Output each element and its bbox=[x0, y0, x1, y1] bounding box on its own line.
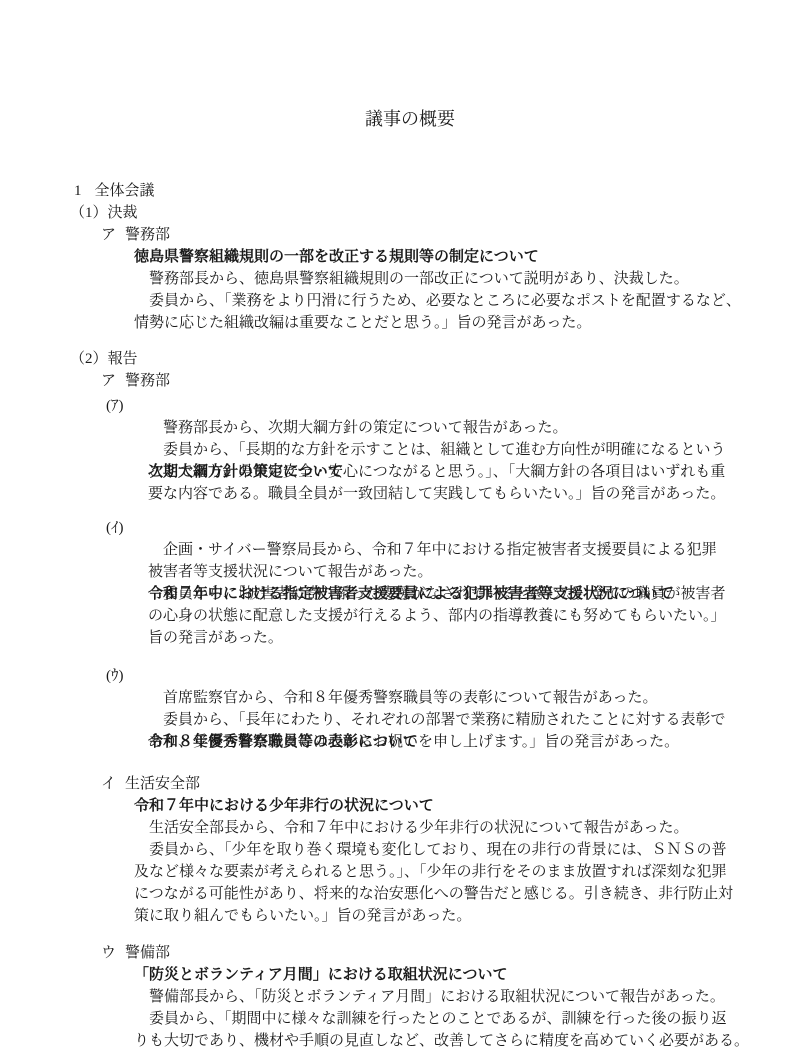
body-line: 策に取り組んでもらいたい。」旨の発言があった。 bbox=[60, 905, 780, 927]
report-item-c: (ｳ) 令和８年優秀警察職員等の表彰について 首席監察官から、令和８年優秀警察職… bbox=[60, 665, 780, 753]
report-item-b: (ｲ) 令和７年中における指定被害者支援要員による犯罪被害者等支援状況について … bbox=[60, 517, 780, 649]
subsection-label: 報告 bbox=[108, 351, 138, 367]
report-item-a: (ｱ) 次期大綱方針の策定について 警務部長から、次期大綱方針の策定について報告… bbox=[60, 395, 780, 505]
meeting-number: 1 bbox=[74, 183, 82, 199]
report-group-keibi: ウ警備部 「防災とボランティア月間」における取組状況について 警備部長から、「防… bbox=[60, 942, 780, 1052]
body-line: 警務部長から、徳島県警察組織規則の一部改正について説明があり、決裁した。 bbox=[60, 268, 780, 290]
body-line: 及など様々な要素が考えられると思う。」、「少年の非行をそのまま放置すれば深刻な犯… bbox=[60, 861, 780, 883]
dept-name: 警務部 bbox=[125, 373, 170, 389]
dept-name: 生活安全部 bbox=[125, 776, 200, 792]
dept-name: 警務部 bbox=[125, 227, 170, 243]
subsection-heading: （2）報告 bbox=[60, 348, 780, 370]
item-title: 「防災とボランティア月間」における取組状況について bbox=[60, 964, 780, 986]
item-title: 令和７年中における少年非行の状況について bbox=[60, 795, 780, 817]
dept-kana: イ bbox=[101, 776, 116, 792]
document-page: 議事の概要 1全体会議 （1）決裁 ア警務部 徳島県警察組織規則の一部を改正する… bbox=[0, 0, 800, 1060]
body-line: 委員から、「期間中に様々な訓練を行ったとのことであるが、訓練を行った後の振り返 bbox=[60, 1008, 780, 1030]
section-decision: 1全体会議 （1）決裁 ア警務部 徳島県警察組織規則の一部を改正する規則等の制定… bbox=[60, 180, 780, 334]
doc-title: 議事の概要 bbox=[20, 106, 800, 132]
body-line: 情勢に応じた組織改編は重要なことだと思う。」旨の発言があった。 bbox=[60, 312, 780, 334]
dept-heading: ア警務部 bbox=[60, 224, 780, 246]
report-group-seikatsu: イ生活安全部 令和７年中における少年非行の状況について 生活安全部長から、令和７… bbox=[60, 773, 780, 927]
subsection-label: 決裁 bbox=[108, 205, 138, 221]
item-marker: (ｱ) bbox=[106, 395, 124, 417]
body-line: 生活安全部長から、令和７年中における少年非行の状況について報告があった。 bbox=[60, 817, 780, 839]
dept-heading: ウ警備部 bbox=[60, 942, 780, 964]
dept-heading: ア警務部 bbox=[60, 370, 780, 392]
meeting-heading: 1全体会議 bbox=[60, 180, 780, 202]
subsection-number: （2） bbox=[70, 351, 108, 367]
dept-kana: ア bbox=[101, 227, 116, 243]
item-heading-row: (ｲ) 令和７年中における指定被害者支援要員による犯罪被害者等支援状況について bbox=[60, 517, 780, 539]
item-title: 次期大綱方針の策定について bbox=[60, 461, 780, 483]
item-heading-row: (ｳ) 令和８年優秀警察職員等の表彰について bbox=[60, 665, 780, 687]
item-heading-row: (ｱ) 次期大綱方針の策定について bbox=[60, 395, 780, 417]
item-title: 令和８年優秀警察職員等の表彰について bbox=[60, 731, 780, 753]
body-line: 警備部長から、「防災とボランティア月間」における取組状況について報告があった。 bbox=[60, 986, 780, 1008]
subsection-number: （1） bbox=[70, 205, 108, 221]
item-title: 令和７年中における指定被害者支援要員による犯罪被害者等支援状況について bbox=[60, 583, 780, 605]
dept-heading: イ生活安全部 bbox=[60, 773, 780, 795]
body-line: りも大切であり、機材や手順の見直しなど、改善してさらに精度を高めていく必要がある… bbox=[60, 1030, 780, 1052]
section-report: （2）報告 ア警務部 bbox=[60, 348, 780, 392]
body-line: につながる可能性があり、将来的な治安悪化への警告だと感じる。引き続き、非行防止対 bbox=[60, 883, 780, 905]
dept-kana: ア bbox=[101, 373, 116, 389]
item-title: 徳島県警察組織規則の一部を改正する規則等の制定について bbox=[60, 246, 780, 268]
meeting-label: 全体会議 bbox=[95, 183, 155, 199]
item-marker: (ｳ) bbox=[106, 665, 124, 687]
item-marker: (ｲ) bbox=[106, 517, 124, 539]
body-line: 委員から、「業務をより円滑に行うため、必要なところに必要なポストを配置するなど、 bbox=[60, 290, 780, 312]
body-line: 委員から、「少年を取り巻く環境も変化しており、現在の非行の背景には、ＳＮＳの普 bbox=[60, 839, 780, 861]
dept-name: 警備部 bbox=[125, 945, 170, 961]
subsection-heading: （1）決裁 bbox=[60, 202, 780, 224]
dept-kana: ウ bbox=[101, 945, 116, 961]
